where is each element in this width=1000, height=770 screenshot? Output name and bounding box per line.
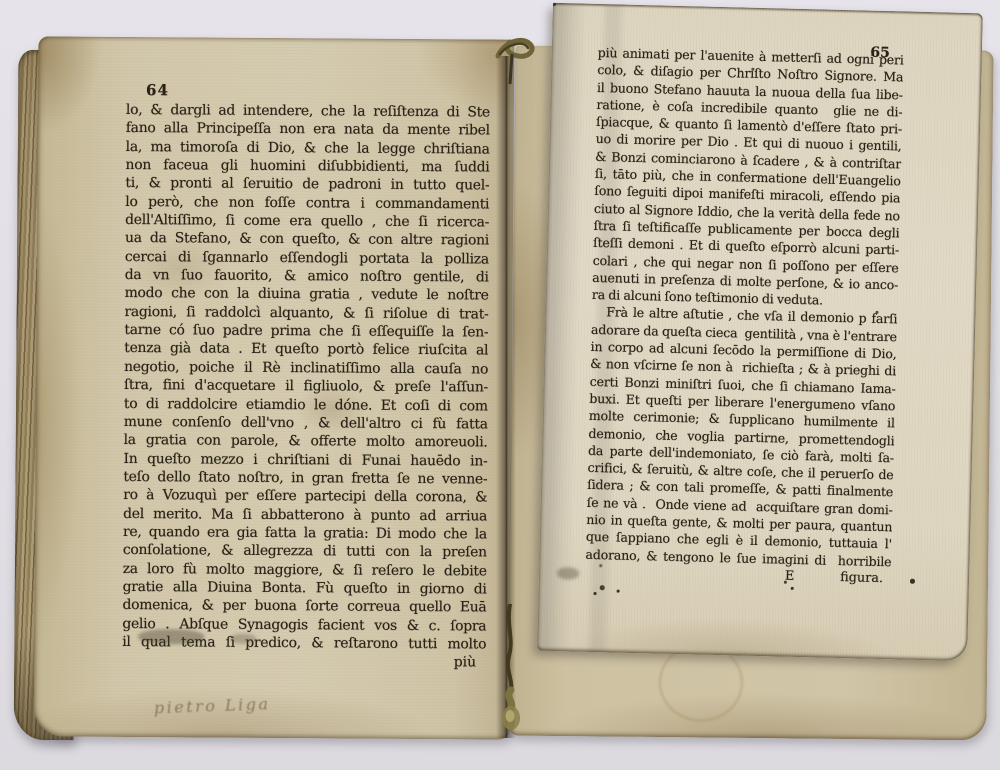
ink-smudge	[138, 629, 204, 644]
text-line: ro à Vozuquì per eſſere partecipi della …	[123, 486, 487, 507]
page-number-right: 65	[870, 45, 890, 61]
text-line: domenica, & per buona ſorte correua quel…	[122, 596, 486, 617]
left-page-text-block: 64 lo, & dargli ad intendere, che la reſ…	[122, 81, 490, 673]
foxing-specks	[553, 3, 556, 6]
right-page-text-block: 65 più animati per l'auenite à metterſi …	[585, 44, 904, 588]
text-line: za loro fù molto maggiore, & ſi reſero l…	[123, 560, 487, 581]
text-line: conſolatione, & allegrezza di tutti con …	[123, 541, 487, 562]
text-line: fano alla Principeſſa non era nata da me…	[126, 119, 490, 140]
binding-thread-tail-icon	[488, 604, 534, 732]
gathering-signature: E	[785, 568, 795, 586]
text-line: to di raddolcire etiamdio le dóne. Et co…	[124, 394, 488, 415]
text-line: tenza già data . Et queſto portò felice …	[124, 339, 488, 360]
left-page: 64 lo, & dargli ad intendere, che la reſ…	[34, 36, 515, 739]
left-page-catchword: più	[122, 651, 486, 673]
left-page-lines: lo, & dargli ad intendere, che la reſiſt…	[122, 101, 490, 654]
binding-thread-knot-icon	[484, 28, 548, 86]
text-line: In queſto mezzo i chriſtiani di Funai ha…	[123, 449, 487, 470]
text-line: ſtra, fini d'acquetare il figliuolo, & p…	[124, 376, 488, 397]
ink-smudge	[230, 634, 256, 644]
text-line: ti, & pronti al ſeruitio de padroni in t…	[125, 174, 489, 195]
page-number-left: 64	[126, 81, 490, 104]
right-page-lines: più animati per l'auenite à metterſi ad …	[585, 44, 904, 570]
text-line: ua da Stefano, & con queſto, & con altre…	[125, 229, 489, 250]
text-line: la gratia con parole, & offerte molto am…	[124, 431, 488, 452]
photograph-of-open-book: 64 lo, & dargli ad intendere, che la reſ…	[0, 0, 1000, 770]
loose-leaf-page: 65 più animati per l'auenite à metterſi …	[537, 3, 983, 661]
ink-smudge	[557, 567, 579, 580]
text-line: del merito. Ma ſi abbatterono à punto ad…	[123, 505, 487, 526]
text-line: modo che con la diuina gratia , vedute l…	[125, 284, 489, 305]
right-page-catchword: figura.	[840, 569, 883, 588]
